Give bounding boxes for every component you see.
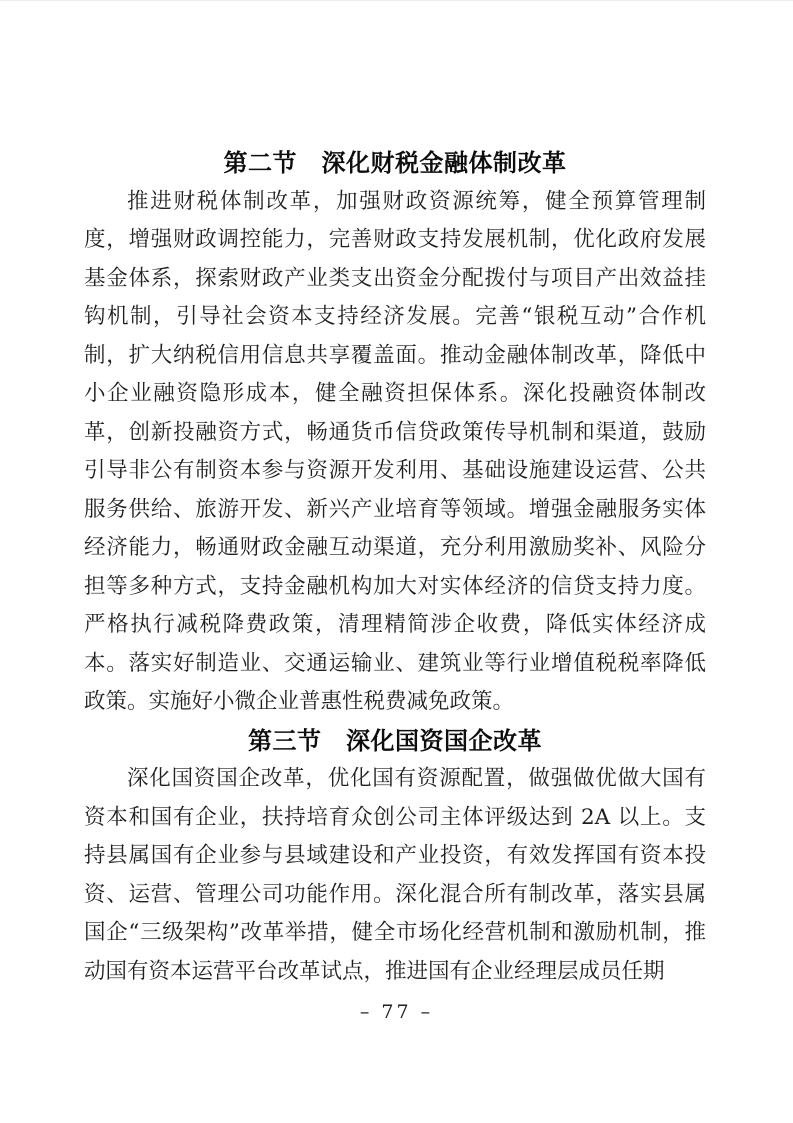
section-3-paragraph: 深化国资国企改革，优化国有资源配置，做强做优做大国有资本和国有企业，扶持培育众创…: [84, 760, 706, 991]
document-page: 第二节 深化财税金融体制改革 推进财税体制改革，加强财政资源统筹，健全预算管理制…: [0, 0, 793, 1123]
page-number: – 77 –: [0, 1001, 793, 1023]
section-2-paragraph: 推进财税体制改革，加强财政资源统筹，健全预算管理制度，增强财政调控能力，完善财政…: [84, 183, 706, 722]
page-content: 第二节 深化财税金融体制改革 推进财税体制改革，加强财政资源统筹，健全预算管理制…: [84, 144, 706, 991]
section-heading-3: 第三节 深化国资国企改革: [84, 722, 706, 761]
section-heading-2: 第二节 深化财税金融体制改革: [84, 144, 706, 183]
